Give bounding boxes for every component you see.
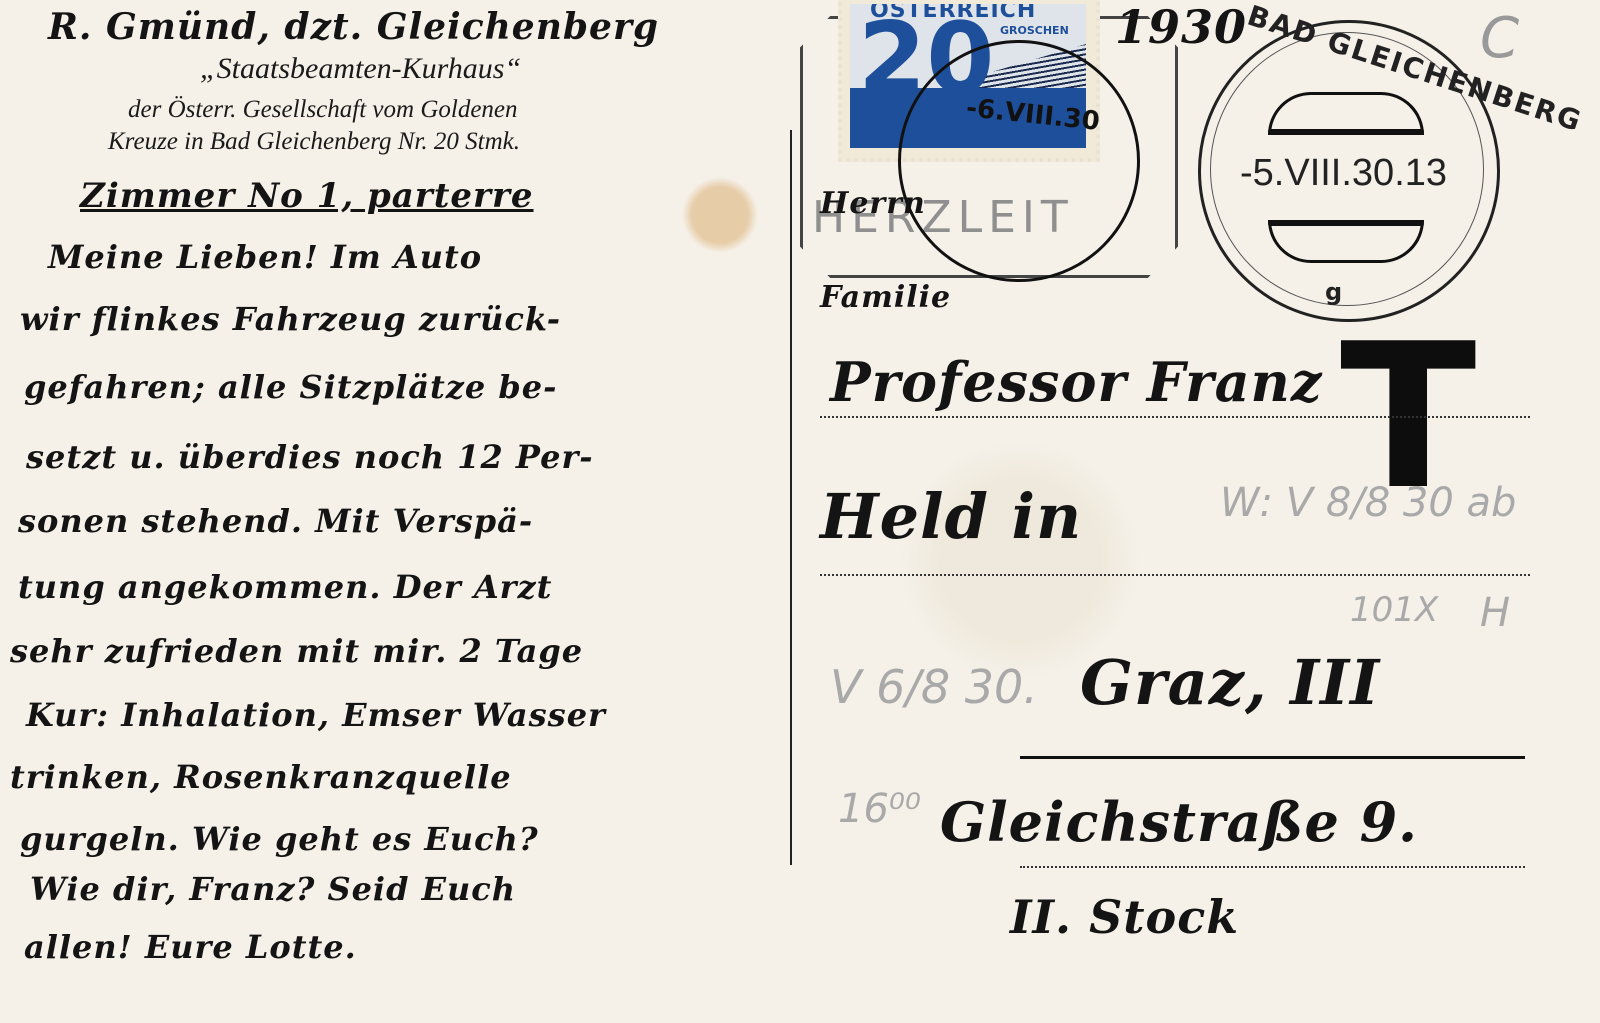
address-street: Gleichstraße 9. <box>940 790 1418 854</box>
address-dotted-line <box>1020 866 1525 868</box>
message-line: allen! Eure Lotte. <box>24 928 357 966</box>
message-line: wir flinkes Fahrzeug zurück- <box>20 300 561 338</box>
address-surname: Held in <box>820 480 1082 553</box>
address-city-underline <box>1020 756 1525 759</box>
printed-header-line2: der Österr. Gesellschaft vom Goldenen <box>128 96 518 124</box>
pencil-note: W: V 8/8 30 ab <box>1220 480 1516 526</box>
message-line: Meine Lieben! Im Auto <box>48 238 482 276</box>
address-name: Professor Franz <box>830 350 1322 414</box>
message-line: setzt u. überdies noch 12 Per- <box>26 438 594 476</box>
room-line: Zimmer No 1, parterre <box>80 176 534 216</box>
message-line: tung angekommen. Der Arzt <box>18 568 552 606</box>
address-fragment: Familie <box>820 280 951 315</box>
address-floor: II. Stock <box>1010 890 1239 944</box>
message-line: trinken, Rosenkranzquelle <box>10 758 512 796</box>
address-city: Graz, III <box>1080 646 1380 719</box>
town-postmark-date: -5.VIII.30.13 <box>1240 152 1447 195</box>
corner-pencil-mark: C <box>1480 6 1519 71</box>
year-note: 1930 <box>1115 0 1247 54</box>
address-dotted-line <box>820 574 1530 576</box>
message-line: gurgeln. Wie geht es Euch? <box>20 820 539 858</box>
pencil-note: 16⁰⁰ <box>838 786 921 832</box>
pencil-note: H <box>1480 590 1510 636</box>
address-dotted-line <box>820 416 1530 418</box>
printed-header-title: „Staatsbeamten-Kurhaus“ <box>200 52 521 86</box>
center-divider <box>790 130 792 865</box>
postmark-lower-bar <box>1268 220 1424 263</box>
postmark-upper-bar <box>1268 92 1424 135</box>
message-line: Wie dir, Franz? Seid Euch <box>30 870 516 908</box>
handwritten-sender-header: R. Gmünd, dzt. Gleichenberg <box>48 6 659 48</box>
stamp-unit: GROSCHEN <box>1000 24 1069 37</box>
message-line: Kur: Inhalation, Emser Wasser <box>26 696 606 734</box>
pencil-note: 101X <box>1350 590 1438 630</box>
postcard-back: R. Gmünd, dzt. Gleichenberg „Staatsbeamt… <box>0 0 1600 1023</box>
message-line: sehr zufrieden mit mir. 2 Tage <box>10 632 583 670</box>
message-line: sonen stehend. Mit Verspä- <box>18 502 533 540</box>
stamp-cancel-circle <box>898 40 1140 282</box>
message-line: gefahren; alle Sitzplätze be- <box>24 368 557 406</box>
pencil-note: V 6/8 30. <box>830 660 1038 714</box>
address-greeting: Herrn <box>820 186 926 221</box>
printed-header-line3: Kreuze in Bad Gleichenberg Nr. 20 Stmk. <box>108 128 520 156</box>
